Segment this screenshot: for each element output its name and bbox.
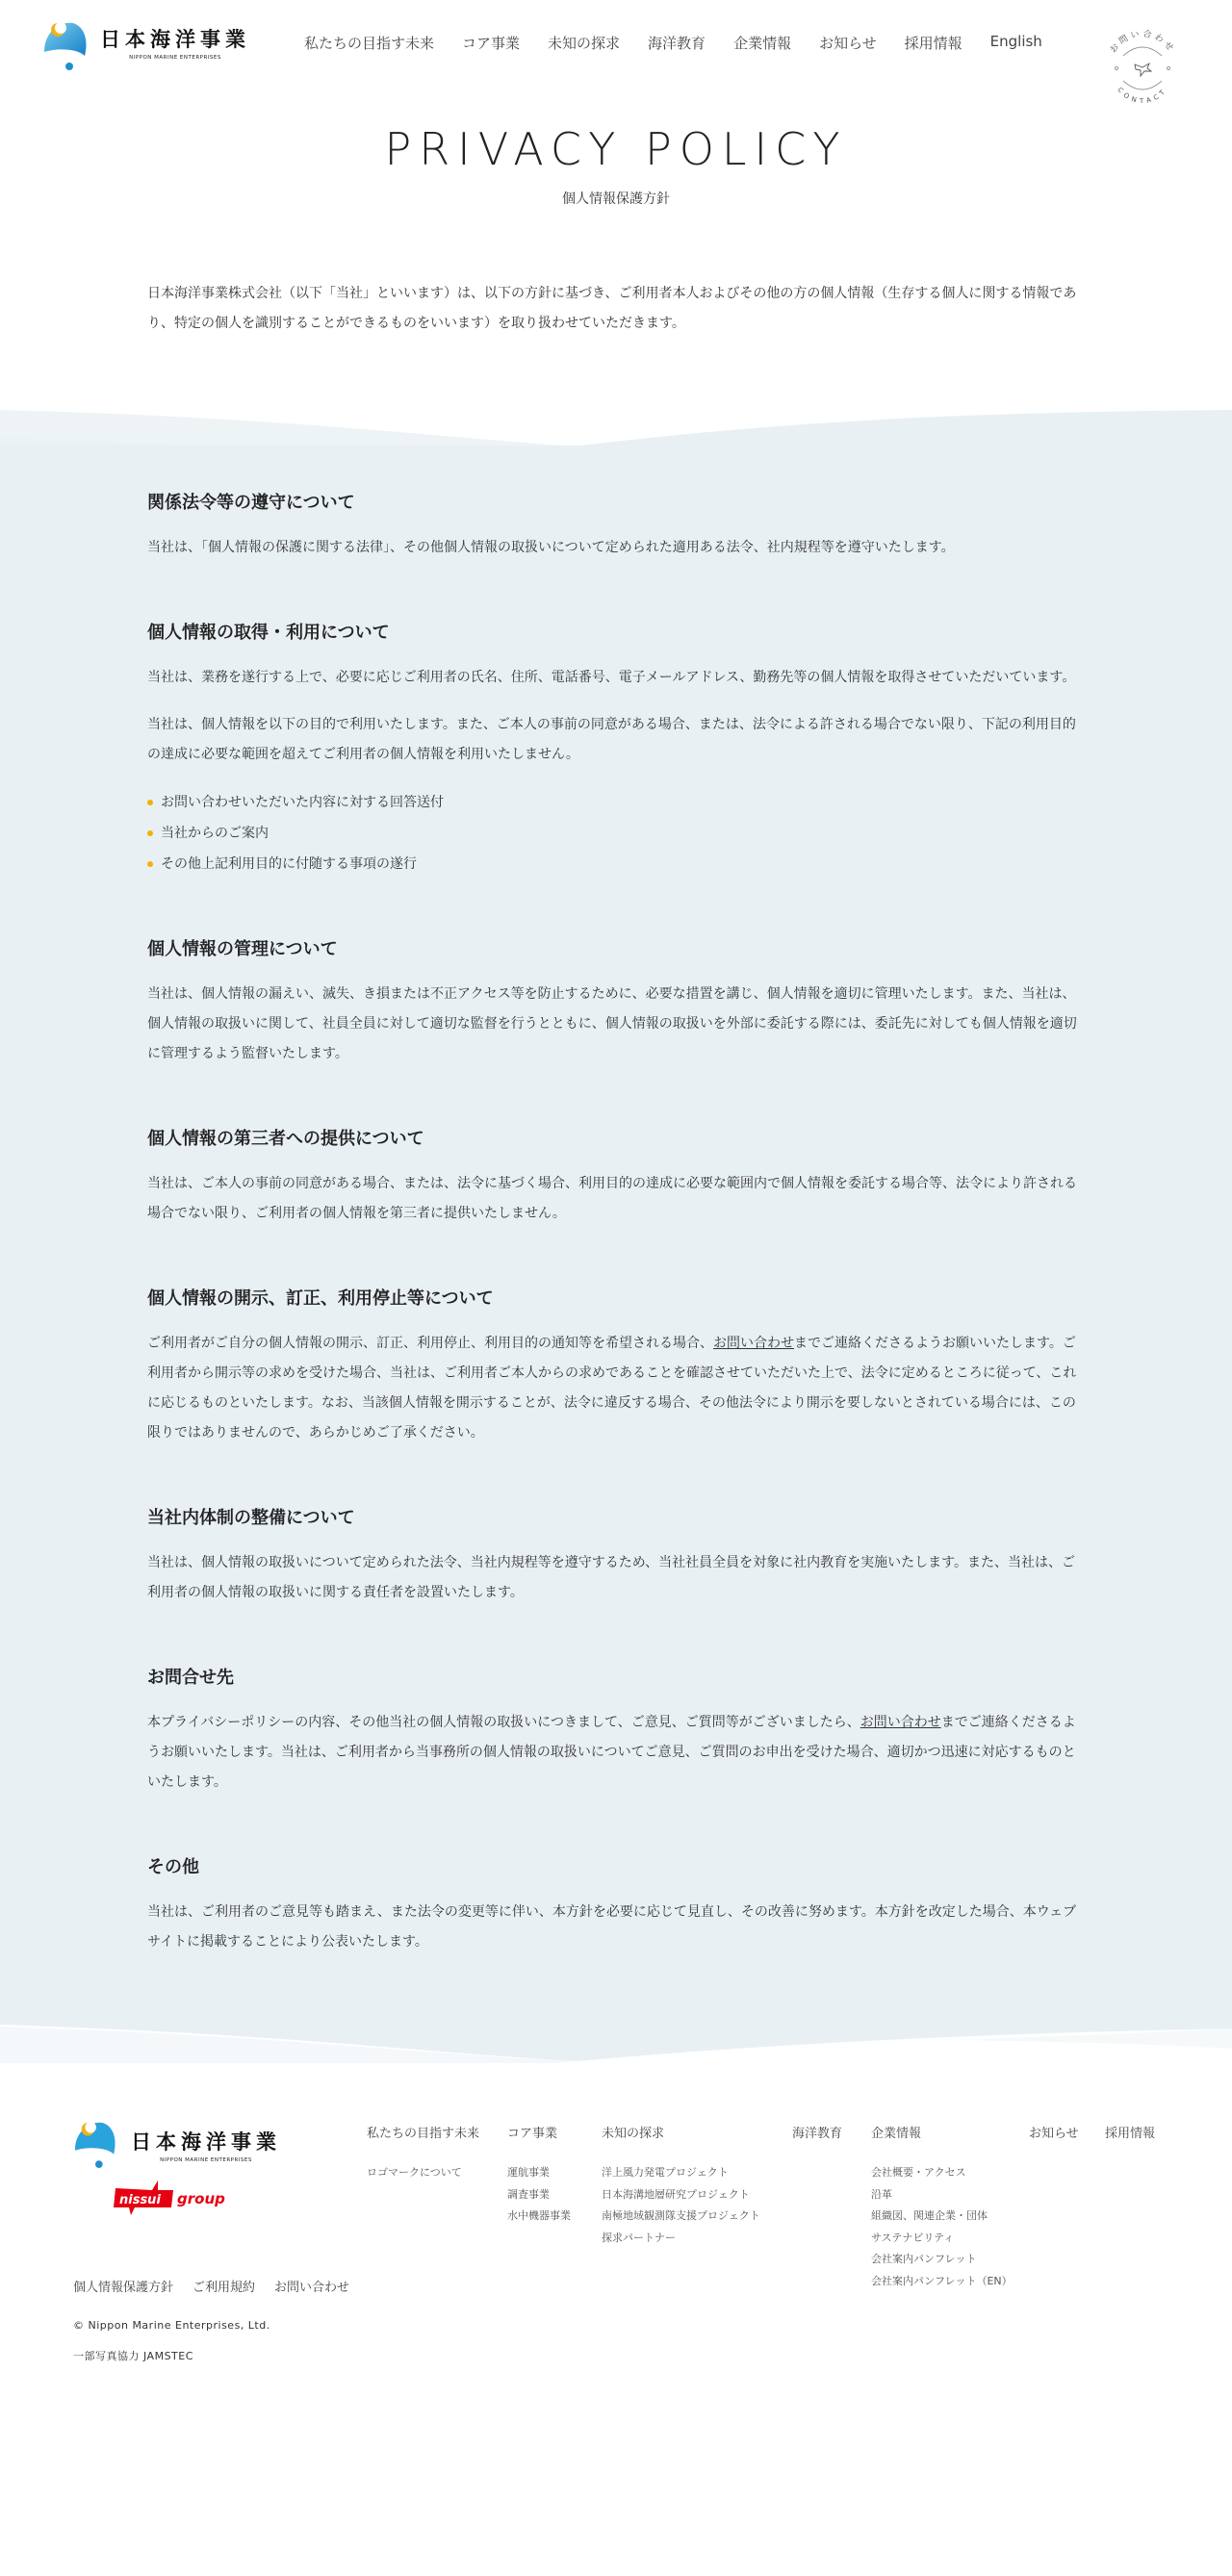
footer-col-education: 海洋教育: [792, 2123, 842, 2162]
list-item: その他上記利用目的に付随する事項の遂行: [147, 849, 1085, 880]
nav-item-recruit[interactable]: 採用情報: [905, 33, 962, 53]
section-paragraph: 当社は、個人情報の漏えい、滅失、き損または不正アクセス等を防止するために、必要な…: [147, 980, 1085, 1069]
section-heading: 個人情報の第三者への提供について: [147, 1125, 1085, 1150]
logo-text-jp: 日本海洋事業: [131, 2130, 281, 2154]
wave-bottom-divider: [0, 2005, 1232, 2063]
footer-link[interactable]: 探求パートナー: [602, 2228, 760, 2250]
footer-link[interactable]: 会社概要・アクセス: [871, 2162, 1013, 2184]
footer-link[interactable]: 水中機器事業: [507, 2206, 571, 2228]
footer-link[interactable]: 会社案内パンフレット（EN）: [871, 2271, 1013, 2293]
section-heading: 関係法令等の遵守について: [147, 489, 1085, 514]
section-heading: その他: [147, 1853, 1085, 1878]
section-contact: お問合せ先 本プライバシーポリシーの内容、その他当社の個人情報の取扱いにつきまし…: [147, 1664, 1085, 1798]
nav-item-core-business[interactable]: コア事業: [462, 33, 520, 53]
contact-link[interactable]: お問い合わせ: [274, 2277, 349, 2295]
section-heading: 個人情報の開示、訂正、利用停止等について: [147, 1285, 1085, 1310]
site-footer: 日本海洋事業 NIPPON MARINE ENTERPRISES nissui …: [0, 2102, 1232, 2458]
nav-item-english[interactable]: English: [990, 33, 1042, 53]
footer-col-heading[interactable]: お知らせ: [1029, 2123, 1079, 2141]
intro-paragraph: 日本海洋事業株式会社（以下「当社」といいます）は、以下の方針に基づき、ご利用者本…: [147, 279, 1085, 339]
footer-link[interactable]: 洋上風力発電プロジェクト: [602, 2162, 760, 2184]
copyright: © Nippon Marine Enterprises, Ltd.: [73, 2319, 270, 2332]
footer-link[interactable]: ロゴマークについて: [367, 2162, 479, 2184]
logo-text-en: NIPPON MARINE ENTERPRISES: [100, 55, 250, 61]
contact-bird-icon: お問い合わせ CONTACT: [1099, 25, 1186, 112]
footer-col-heading[interactable]: 私たちの目指す未来: [367, 2123, 479, 2141]
list-item: お問い合わせいただいた内容に対する回答送付: [147, 787, 1085, 818]
footer-col-future: 私たちの目指す未来 ロゴマークについて: [367, 2123, 479, 2184]
nissui-group-logo[interactable]: nissui group: [114, 2179, 229, 2221]
section-paragraph: 当社は、ご利用者のご意見等も踏まえ、また法令の変更等に伴い、本方針を必要に応じて…: [147, 1898, 1085, 1957]
logo-text-en: NIPPON MARINE ENTERPRISES: [131, 2157, 281, 2163]
footer-link[interactable]: 組織図、関連企業・団体: [871, 2206, 1013, 2228]
footer-col-recruit: 採用情報: [1105, 2123, 1155, 2162]
footer-col-news: お知らせ: [1029, 2123, 1079, 2162]
section-heading: 当社内体制の整備について: [147, 1504, 1085, 1529]
logo-mark-icon: [42, 19, 89, 69]
footer-link[interactable]: 沿革: [871, 2184, 1013, 2206]
section-paragraph: 当社は、個人情報を以下の目的で利用いたします。また、ご本人の事前の同意がある場合…: [147, 710, 1085, 770]
global-nav: 私たちの目指す未来 コア事業 未知の探求 海洋教育 企業情報 お知らせ 採用情報…: [304, 33, 1070, 53]
footer-col-heading[interactable]: 企業情報: [871, 2123, 1013, 2141]
contact-link[interactable]: お問い合わせ: [860, 1715, 941, 1730]
nav-item-news[interactable]: お知らせ: [819, 33, 877, 53]
logo-text-jp: 日本海洋事業: [100, 28, 250, 51]
section-heading: 個人情報の管理について: [147, 935, 1085, 960]
section-acquisition-use: 個人情報の取得・利用について 当社は、業務を遂行する上で、必要に応じご利用者の氏…: [147, 619, 1085, 880]
nav-item-company[interactable]: 企業情報: [733, 33, 791, 53]
footer-col-heading[interactable]: コア事業: [507, 2123, 571, 2141]
section-heading: 個人情報の取得・利用について: [147, 619, 1085, 644]
section-paragraph: 当社は、業務を遂行する上で、必要に応じご利用者の氏名、住所、電話番号、電子メール…: [147, 663, 1085, 693]
footer-link[interactable]: 日本海溝地層研究プロジェクト: [602, 2184, 760, 2206]
page-title-block: PRIVACY POLICY 個人情報保護方針: [0, 123, 1232, 208]
terms-link[interactable]: ご利用規約: [192, 2277, 255, 2295]
section-other: その他 当社は、ご利用者のご意見等も踏まえ、また法令の変更等に伴い、本方針を必要…: [147, 1853, 1085, 1957]
nav-item-exploration[interactable]: 未知の探求: [548, 33, 620, 53]
footer-link[interactable]: 南極地域観測隊支援プロジェクト: [602, 2206, 760, 2228]
section-paragraph: ご利用者がご自分の個人情報の開示、訂正、利用停止、利用目的の通知等を希望される場…: [147, 1329, 1085, 1448]
footer-col-heading[interactable]: 未知の探求: [602, 2123, 760, 2141]
privacy-policy-link[interactable]: 個人情報保護方針: [73, 2277, 173, 2295]
section-disclosure: 個人情報の開示、訂正、利用停止等について ご利用者がご自分の個人情報の開示、訂正…: [147, 1285, 1085, 1448]
logo-mark-icon: [73, 2119, 117, 2175]
footer-link[interactable]: サステナビリティ: [871, 2228, 1013, 2250]
svg-text:お問い合わせ: お問い合わせ: [1108, 28, 1177, 56]
page-subtitle: 個人情報保護方針: [0, 189, 1232, 208]
list-item: 当社からのご案内: [147, 818, 1085, 849]
section-management: 個人情報の管理について 当社は、個人情報の漏えい、滅失、き損または不正アクセス等…: [147, 935, 1085, 1069]
wave-top-divider: [0, 398, 1232, 446]
section-paragraph: 本プライバシーポリシーの内容、その他当社の個人情報の取扱いにつきまして、ご意見、…: [147, 1708, 1085, 1798]
footer-link[interactable]: 調査事業: [507, 2184, 571, 2206]
footer-logo[interactable]: 日本海洋事業 NIPPON MARINE ENTERPRISES: [73, 2119, 281, 2175]
section-paragraph: 当社は、ご本人の事前の同意がある場合、または、法令に基づく場合、利用目的の達成に…: [147, 1169, 1085, 1229]
section-paragraph: 当社は、「個人情報の保護に関する法律」、その他個人情報の取扱いについて定められた…: [147, 533, 1085, 563]
page-title: PRIVACY POLICY: [0, 123, 1232, 175]
section-legal-compliance: 関係法令等の遵守について 当社は、「個人情報の保護に関する法律」、その他個人情報…: [147, 489, 1085, 563]
section-internal-system: 当社内体制の整備について 当社は、個人情報の取扱いについて定められた法令、当社内…: [147, 1504, 1085, 1608]
svg-text:group: group: [177, 2190, 225, 2207]
svg-text:CONTACT: CONTACT: [1116, 86, 1168, 105]
svg-text:nissui: nissui: [119, 2193, 161, 2207]
purpose-list: お問い合わせいただいた内容に対する回答送付 当社からのご案内 その他上記利用目的…: [147, 787, 1085, 880]
policy-content-band: 関係法令等の遵守について 当社は、「個人情報の保護に関する法律」、その他個人情報…: [0, 398, 1232, 2063]
footer-col-heading[interactable]: 採用情報: [1105, 2123, 1155, 2141]
section-third-party: 個人情報の第三者への提供について 当社は、ご本人の事前の同意がある場合、または、…: [147, 1125, 1085, 1229]
site-logo[interactable]: 日本海洋事業 NIPPON MARINE ENTERPRISES: [42, 19, 250, 69]
photo-credit: 一部写真協力 JAMSTEC: [73, 2348, 193, 2363]
footer-col-core: コア事業 運航事業 調査事業 水中機器事業: [507, 2123, 571, 2228]
site-header: 日本海洋事業 NIPPON MARINE ENTERPRISES 私たちの目指す…: [0, 0, 1232, 87]
section-paragraph: 当社は、個人情報の取扱いについて定められた法令、当社内規程等を遵守するため、当社…: [147, 1548, 1085, 1608]
contact-link[interactable]: お問い合わせ: [713, 1336, 794, 1351]
footer-bottom-links: 個人情報保護方針 ご利用規約 お問い合わせ: [73, 2277, 369, 2295]
footer-col-heading[interactable]: 海洋教育: [792, 2123, 842, 2141]
contact-badge-button[interactable]: お問い合わせ CONTACT: [1099, 25, 1186, 112]
footer-link[interactable]: 運航事業: [507, 2162, 571, 2184]
nav-item-future[interactable]: 私たちの目指す未来: [304, 33, 434, 53]
footer-col-exploration: 未知の探求 洋上風力発電プロジェクト 日本海溝地層研究プロジェクト 南極地域観測…: [602, 2123, 760, 2249]
footer-link[interactable]: 会社案内パンフレット: [871, 2249, 1013, 2271]
footer-col-company: 企業情報 会社概要・アクセス 沿革 組織図、関連企業・団体 サステナビリティ 会…: [871, 2123, 1013, 2292]
nav-item-ocean-education[interactable]: 海洋教育: [648, 33, 706, 53]
section-heading: お問合せ先: [147, 1664, 1085, 1689]
